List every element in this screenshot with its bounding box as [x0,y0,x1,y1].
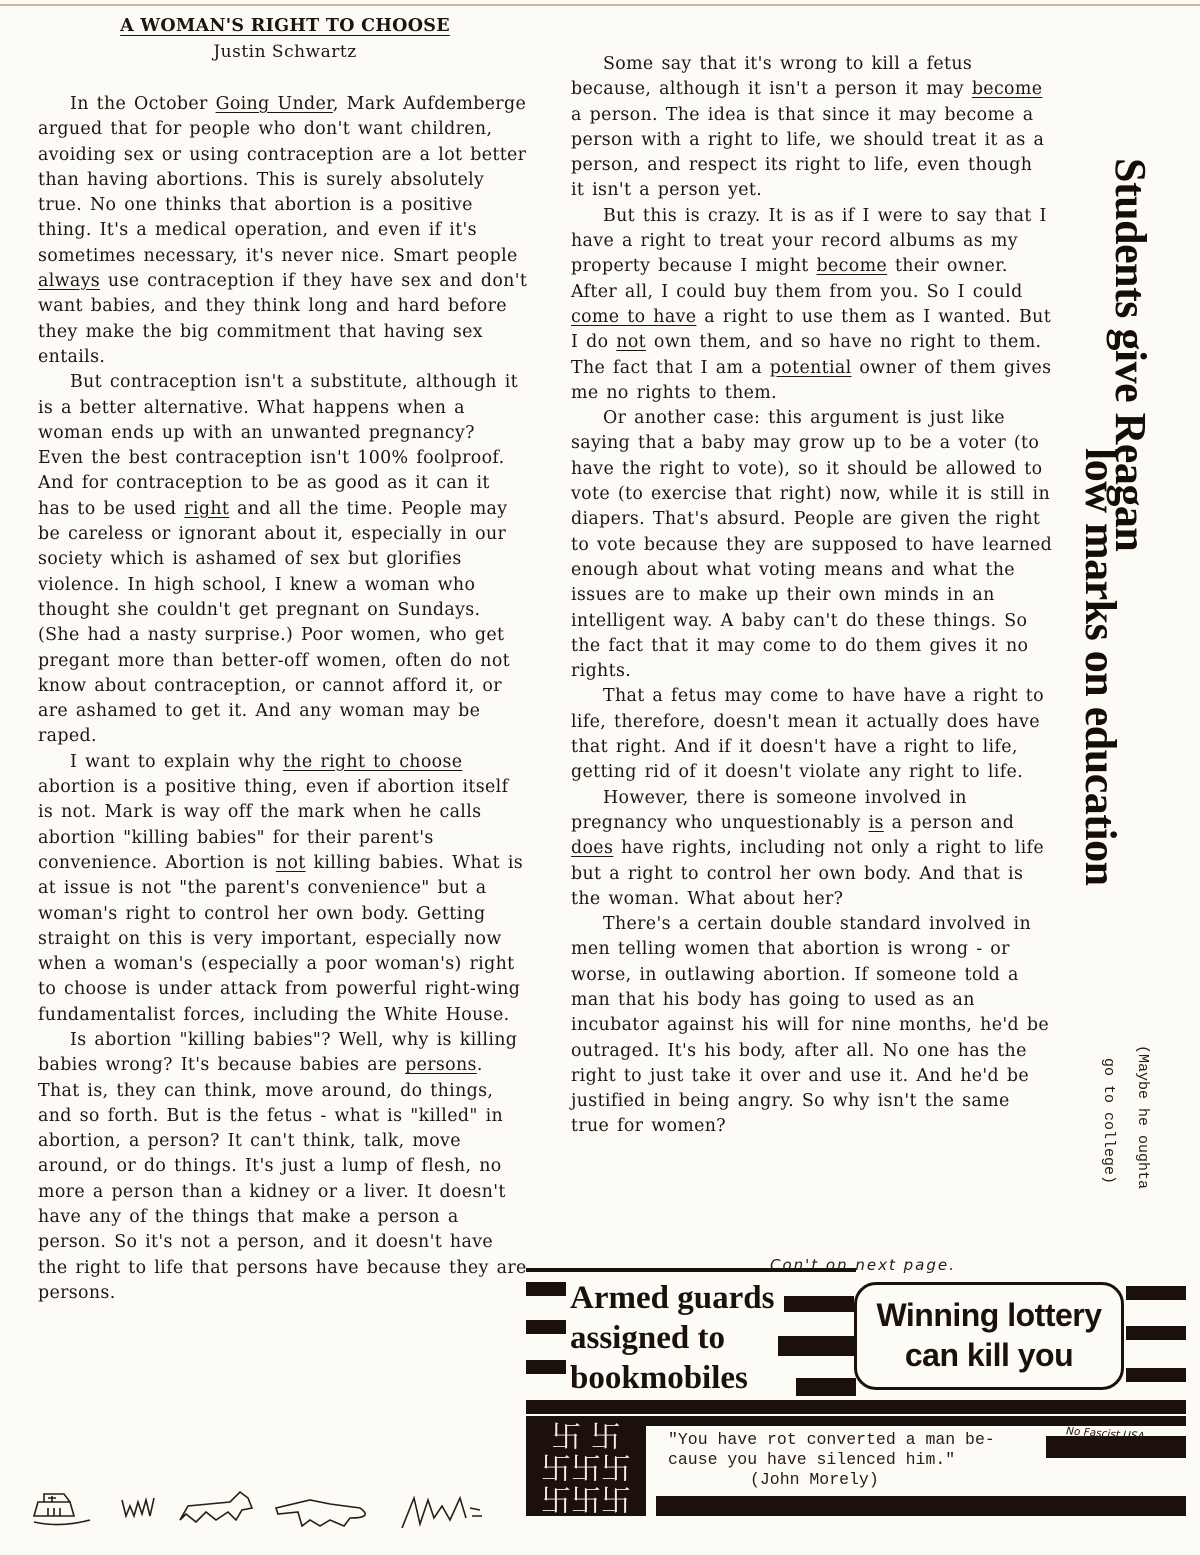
sidebar-aside-line1: (Maybe he oughta [1133,1045,1151,1189]
text: and all the time. People may be careless… [38,499,510,747]
text: a person and [884,813,1015,833]
underlined-text: always [38,271,100,291]
underlined-text: not [616,332,646,352]
ink-stripe [1126,1286,1186,1300]
underlined-text: become [817,256,888,276]
ink-stripe [796,1378,856,1396]
ink-stripe [526,1320,566,1334]
underlined-text: not [276,853,306,873]
quote-attribution: (John Morely) [668,1470,995,1490]
paragraph: Is abortion "killing babies"? Well, why … [38,1028,528,1306]
doodles-row [30,1488,530,1538]
paragraph: I want to explain why the right to choos… [38,750,528,1028]
underlined-text: potential [770,358,852,378]
ink-stripe [526,1268,856,1272]
paragraph: However, there is someone involved in pr… [571,786,1053,912]
underlined-text: become [972,79,1043,99]
text: , Mark Aufdemberge argued that for peopl… [38,94,526,266]
ink-stripe [526,1282,566,1296]
article-author: Justin Schwartz [110,42,460,62]
quote-text: "You have rot converted a man be- cause … [668,1430,995,1490]
swastika-icon: 卐卐卐 [526,1486,646,1518]
ink-stripe [526,1360,566,1374]
paragraph: That a fetus may come to have have a rig… [571,684,1053,785]
text: Some say that it's wrong to kill a fetus… [571,54,972,99]
page-top-rule [0,4,1200,6]
clipping-line: Armed guards [570,1278,774,1318]
signature-doodle-icon [402,1498,482,1528]
armed-guards-clipping: Armed guards assigned to bookmobiles [566,1278,778,1398]
clipping-line: bookmobiles [570,1358,774,1398]
ink-stripe [1126,1326,1186,1340]
dog-doodle-icon [180,1492,252,1522]
underlined-text: right [184,499,229,519]
winning-lottery-clipping: Winning lottery can kill you [854,1282,1124,1390]
clipping-line: Winning lottery [857,1295,1121,1335]
article-left-column: In the October Going Under, Mark Aufdemb… [38,92,528,1306]
underlined-text: is [869,813,884,833]
paragraph: There's a certain double standard involv… [571,912,1053,1140]
underlined-text: does [571,838,613,858]
quote-clipping: 卐 卐 卐卐卐 卐卐卐 "You have rot converted a ma… [526,1408,1186,1518]
text: But contraception isn't a substitute, al… [38,372,518,518]
swastika-icon: 卐 卐 [526,1422,646,1454]
text: have rights, including not only a right … [571,838,1044,909]
underlined-text: Going Under [216,94,333,114]
paragraph: Or another case: this argument is just l… [571,406,1053,684]
quote-line: "You have rot converted a man be- [668,1430,995,1450]
text: . That is, they can think, move around, … [38,1055,527,1303]
swastika-icon: 卐卐卐 [526,1454,646,1486]
text: I want to explain why [70,752,283,772]
sidebar-aside-line2: go to college) [1099,1058,1117,1184]
text: killing babies. What is at issue is not … [38,853,523,1025]
paragraph: But this is crazy. It is as if I were to… [571,204,1053,406]
anteater-doodle-icon [276,1500,365,1526]
clipping-line: can kill you [857,1335,1121,1375]
text: In the October [70,94,216,114]
swastika-icon-block: 卐 卐 卐卐卐 卐卐卐 [526,1416,646,1516]
text: use contraception if they have sex and d… [38,271,527,367]
text: a person. The idea is that since it may … [571,105,1044,201]
article-title: A WOMAN'S RIGHT TO CHOOSE [110,16,460,36]
ink-stripe [656,1496,1186,1516]
ink-stripe [784,1296,854,1312]
sidebar-headline-line2: low marks on education [1078,448,1122,886]
paragraph: In the October Going Under, Mark Aufdemb… [38,92,528,370]
quote-line: cause you have silenced him." [668,1450,995,1470]
underlined-text: come to have [571,307,696,327]
article-right-column: Some say that it's wrong to kill a fetus… [571,52,1053,1140]
clipping-line: assigned to [570,1318,774,1358]
grass-doodle-icon [122,1498,154,1516]
ink-stripe [646,1416,1186,1426]
paragraph: Some say that it's wrong to kill a fetus… [571,52,1053,204]
underlined-text: the right to choose [283,752,462,772]
paragraph: But contraception isn't a substitute, al… [38,370,528,749]
boat-doodle-icon [34,1494,90,1525]
underlined-text: persons [405,1055,477,1075]
ink-stripe [1126,1368,1186,1382]
